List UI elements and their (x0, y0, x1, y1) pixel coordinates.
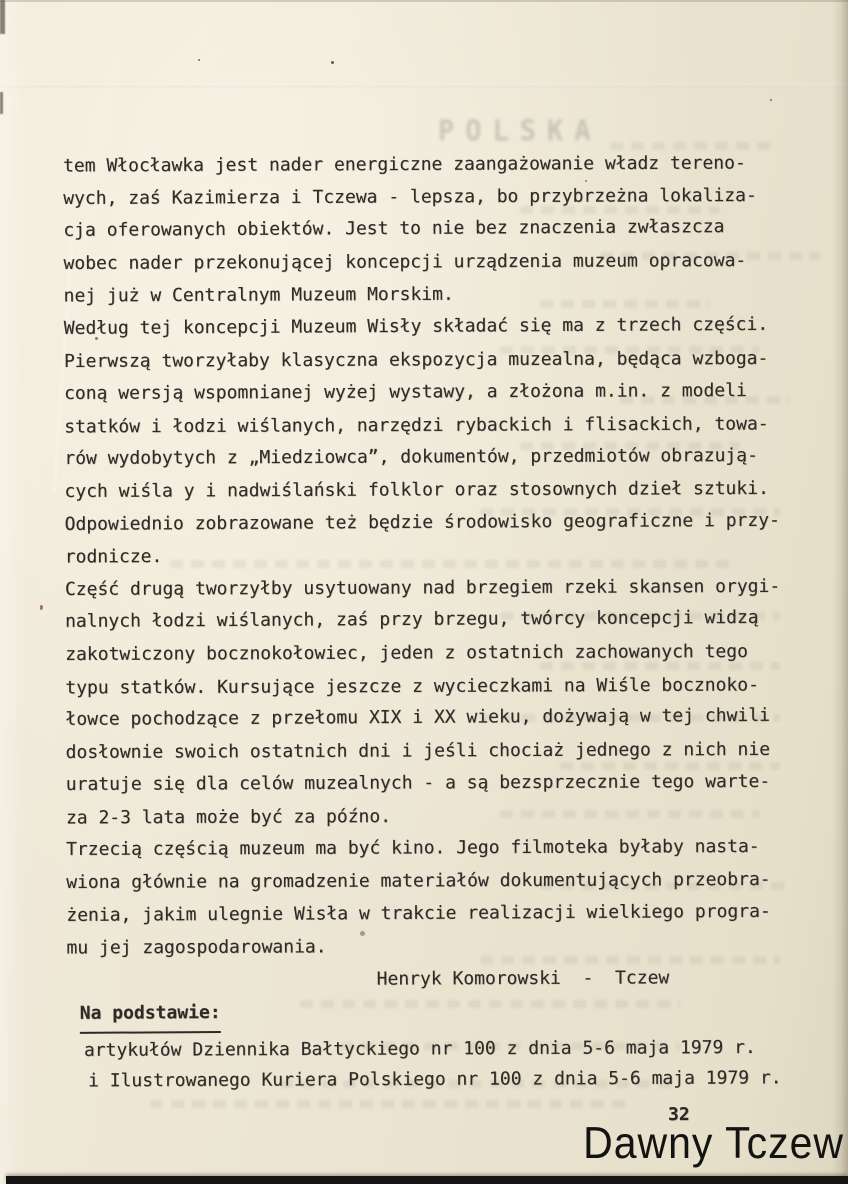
document-line: Według tej koncepcji Muzeum Wisły składa… (64, 309, 794, 346)
document-line: mu jej zagospodarowania. (66, 930, 796, 966)
watermark-text: Dawny Tczew (583, 1118, 844, 1169)
document-line: statków i łodzi wiślanych, narzędzi ryba… (64, 408, 794, 444)
document-line: typu statków. Kursujące jeszcze z wyciec… (65, 669, 795, 705)
paper-speck (331, 61, 334, 64)
scan-bottom-edge (6, 1176, 848, 1184)
source-line: i Ilustrowanego Kuriera Polskiego nr 100… (88, 1063, 797, 1096)
document-line: żenia, jakim ulegnie Wisła w trakcie rea… (66, 895, 796, 932)
document-line: Odpowiednio zobrazowane też będzie środo… (65, 504, 795, 541)
sources-heading: Na podstawie: (80, 994, 797, 1031)
bleedthrough-smudge (150, 1100, 630, 1108)
document-line: cych wiśla y i nadwiślański folklor oraz… (64, 473, 794, 509)
document-line: Pierwszą tworzyłaby klasyczna ekspozycja… (64, 342, 794, 378)
paper-speck (40, 605, 43, 610)
bleedthrough-text: POLSKA (438, 115, 602, 148)
document-line: łowce pochodzące z przełomu XIX i XX wie… (65, 700, 795, 737)
scanned-document-page: POLSKA tem Włocławka jest nader energicz… (0, 0, 848, 1184)
scan-right-edge-shadow (832, 0, 848, 1184)
typed-text-block: tem Włocławka jest nader energiczne zaan… (63, 147, 797, 1096)
scan-left-edge-highlight (0, 0, 26, 1184)
scan-top-edge (0, 0, 848, 2)
document-line: cja oferowanych obiektów. Jest to nie be… (63, 211, 793, 248)
source-line: artykułów Dziennika Bałtyckiego nr 100 z… (84, 1033, 797, 1066)
document-line: zakotwiczony bocznokołowiec, jeden z ost… (65, 636, 795, 672)
scan-edge-mark (0, 92, 3, 114)
document-line: uratuje się dla celów muzealnych - a są … (66, 766, 796, 802)
paper-fold-crease (0, 84, 848, 87)
document-line: wych, zaś Kazimierza i Tczewa - lepsza, … (63, 179, 793, 215)
sources-heading-label: Na podstawie: (80, 997, 221, 1033)
scan-edge-mark (0, 0, 5, 34)
document-line: dosłownie swoich ostatnich dni i jeśli c… (66, 733, 796, 769)
document-line: rów wydobytych z „Miedziowca”, dokumentó… (64, 440, 794, 476)
document-line: coną wersją wspomnianej wyżej wystawy, a… (64, 375, 794, 411)
document-line: nalnych łodzi wiślanych, zaś przy brzegu… (65, 602, 795, 639)
paper-speck (198, 59, 200, 61)
document-line: Trzecią częścią muzeum ma być kino. Jego… (66, 831, 796, 867)
document-line: Część drugą tworzyłby usytuowany nad brz… (65, 571, 795, 607)
document-line: tem Włocławka jest nader energiczne zaan… (63, 147, 793, 183)
paper-speck (770, 99, 772, 101)
signature-line: Henryk Komorowski - Tczew (67, 962, 797, 998)
document-line: za 2-3 lata może być za późno. (66, 799, 796, 835)
document-line: rodnicze. (65, 538, 795, 574)
document-line: wobec nader przekonującej koncepcji urzą… (63, 245, 793, 281)
document-line: nej już w Centralnym Muzeum Morskim. (64, 278, 794, 314)
document-line: wiona głównie na gromadzenie materiałów … (66, 864, 796, 900)
